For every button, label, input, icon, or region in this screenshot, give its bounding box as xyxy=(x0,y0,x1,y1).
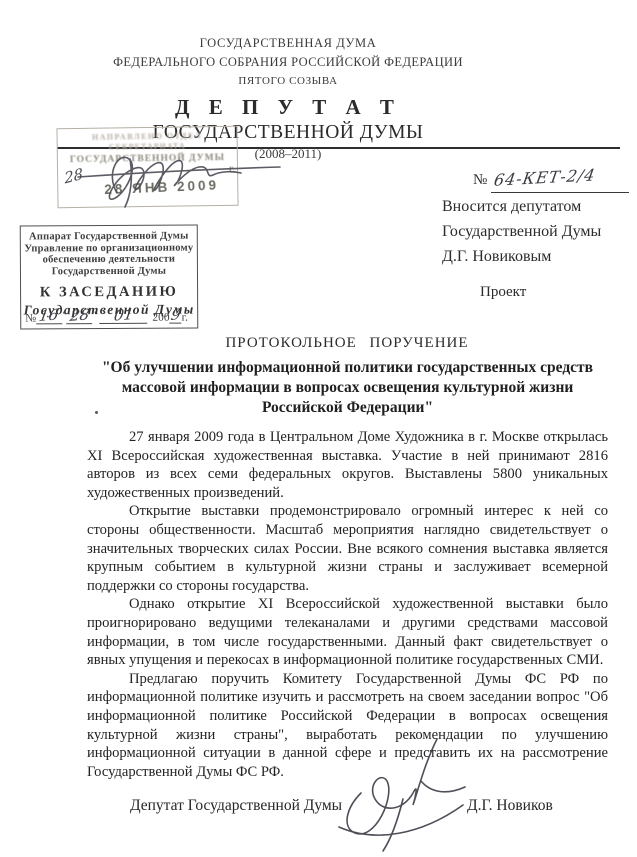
session-stamp-number-line: № 16 " 28 " 01 200 9 г. xyxy=(25,308,193,325)
deputy-title: Д Е П У Т А Т xyxy=(0,95,576,120)
signer-name: Д.Г. Новиков xyxy=(467,797,553,815)
receiving-stamp-org-line: ГОСУДАРСТВЕННОЙ ДУМЫ xyxy=(58,153,237,165)
session-year-prefix: 200 xyxy=(152,312,169,324)
org-name-line2: ФЕДЕРАЛЬНОГО СОБРАНИЯ РОССИЙСКОЙ ФЕДЕРАЦ… xyxy=(0,55,576,70)
receiving-stamp-handwritten-number: 28 xyxy=(64,164,84,187)
doc-number-underline xyxy=(491,192,629,193)
doc-title: "Об улучшении информационной политики го… xyxy=(75,358,620,418)
body-paragraph-3: Однако открытие XI Всероссийской художес… xyxy=(87,595,608,669)
body-paragraph-1: 27 января 2009 года в Центральном Доме Х… xyxy=(87,428,608,502)
receiving-stamp: НАПРАВЛЕНО ОТДЕЛ СЕКРЕТАРИАТА ГОСУДАРСТВ… xyxy=(56,126,238,209)
submitted-by-block: Вносится депутатом Государственной Думы … xyxy=(442,194,601,269)
margin-speck xyxy=(95,411,98,414)
submitted-by-line2: Государственной Думы xyxy=(442,219,601,244)
body-paragraph-2: Открытие выставки продемонстрировало огр… xyxy=(87,502,608,595)
body-paragraph-4: Предлагаю поручить Комитету Государствен… xyxy=(87,670,608,782)
draft-label: Проект xyxy=(480,284,526,301)
session-no-handwritten: 16 xyxy=(38,308,60,323)
session-stamp-line4: Государственной Думы xyxy=(21,265,197,277)
doc-title-line1: "Об улучшении информационной политики го… xyxy=(75,358,620,378)
session-stamp: Аппарат Государственной Думы Управление … xyxy=(20,225,199,330)
submitted-by-line1: Вносится депутатом xyxy=(442,194,601,219)
org-name-line3: ПЯТОГО СОЗЫВА xyxy=(0,75,576,87)
body-text: 27 января 2009 года в Центральном Доме Х… xyxy=(87,428,608,781)
session-year-handwritten: 9 xyxy=(170,307,182,322)
doc-type-heading: ПРОТОКОЛЬНОЕ ПОРУЧЕНИЕ xyxy=(87,335,607,352)
doc-title-line2: массовой информации в вопросах освещения… xyxy=(75,378,620,398)
session-stamp-line2: Управление по организационному xyxy=(21,242,197,254)
session-stamp-line3: обеспечению деятельности xyxy=(21,254,197,266)
signer-role: Депутат Государственной Думы xyxy=(130,797,342,815)
session-no-label: № xyxy=(25,312,36,324)
receiving-stamp-date: 28 ЯНВ 2009 xyxy=(104,178,219,198)
submitted-by-line3: Д.Г. Новиковым xyxy=(442,244,601,269)
receiving-stamp-illegible-line2: СЕКРЕТАРИАТА xyxy=(58,141,237,152)
session-stamp-heading: К ЗАСЕДАНИЮ xyxy=(21,283,197,301)
doc-title-line3: Российской Федерации" xyxy=(75,398,620,418)
doc-number-handwritten-value: 64-КЕТ-2/4 xyxy=(493,165,598,190)
document-page: ГОСУДАРСТВЕННАЯ ДУМА ФЕДЕРАЛЬНОГО СОБРАН… xyxy=(0,0,637,857)
session-day-handwritten: 28 xyxy=(68,307,90,322)
session-year-suffix: г. xyxy=(182,312,188,324)
session-stamp-line1: Аппарат Государственной Думы xyxy=(21,231,197,243)
session-month-handwritten: 01 xyxy=(112,307,134,322)
quote-close: " xyxy=(92,310,96,321)
receiving-stamp-year-suffix: г. xyxy=(229,163,235,175)
org-name-line1: ГОСУДАРСТВЕННАЯ ДУМА xyxy=(0,36,576,51)
doc-number-label: № xyxy=(473,172,487,189)
